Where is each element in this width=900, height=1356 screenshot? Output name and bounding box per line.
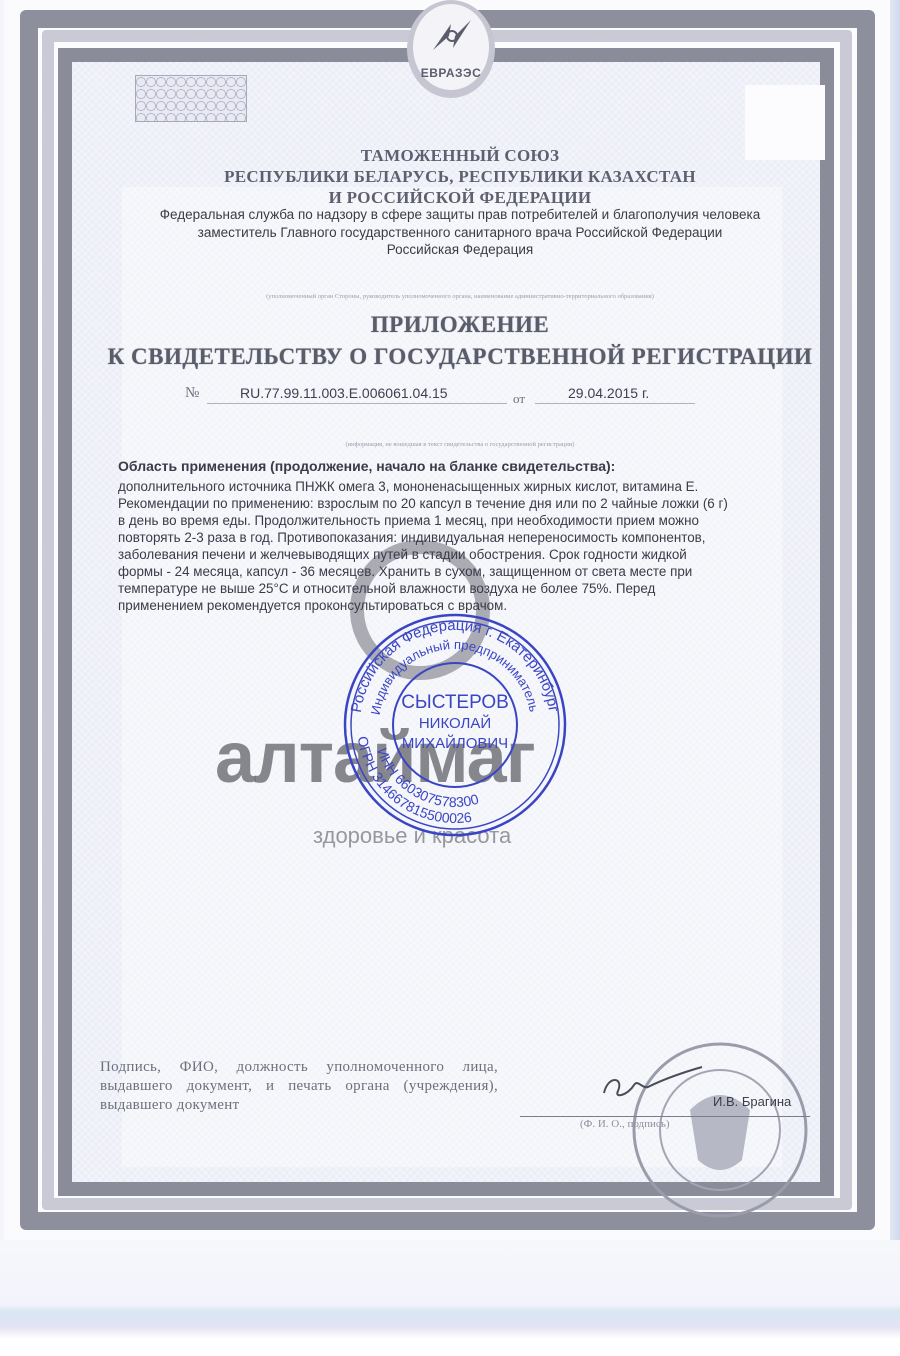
scope-line: температуре не выше 25°С и относительной… — [118, 580, 818, 597]
application-scope: Область применения (продолжение, начало … — [118, 458, 818, 614]
authority-line-3: Российская Федерация — [100, 241, 820, 259]
union-title-line-2: РЕСПУБЛИКИ БЕЛАРУСЬ, РЕСПУБЛИКИ КАЗАХСТА… — [100, 166, 820, 188]
scan-background — [0, 1240, 900, 1356]
authority-line-2: заместитель Главного государственного са… — [100, 224, 820, 242]
eurasec-emblem: ЕВРАЗЭС — [407, 0, 497, 100]
document-subtitle: К СВИДЕТЕЛЬСТВУ О ГОСУДАРСТВЕННОЙ РЕГИСТ… — [90, 342, 830, 372]
scope-line: дополнительного источника ПНЖК омега 3, … — [118, 478, 818, 495]
union-title-line-1: ТАМОЖЕННЫЙ СОЮЗ — [100, 145, 820, 167]
fio-caption: (Ф. И. О., подпись) — [580, 1118, 670, 1130]
security-pattern-box — [135, 75, 247, 122]
document-title: ПРИЛОЖЕНИЕ — [90, 310, 830, 340]
date-underline — [535, 403, 695, 404]
registration-row: № RU.77.99.11.003.E.006061.04.15 от 29.0… — [185, 385, 705, 407]
authority-caption: (уполномоченный орган Стороны, руководит… — [100, 293, 820, 300]
scope-line: Рекомендации по применению: взрослым по … — [118, 495, 818, 512]
date-label: от — [513, 391, 525, 407]
registration-caption: (информация, не вошедшая в текст свидете… — [100, 441, 820, 448]
scan-edge — [890, 0, 900, 1240]
emblem-label: ЕВРАЗЭС — [407, 66, 495, 80]
authority-line-1: Федеральная служба по надзору в сфере за… — [100, 206, 820, 224]
scope-line: повторять 2-3 раза в год. Противопоказан… — [118, 529, 818, 546]
signature-caption: Подпись, ФИО, должность уполномоченного … — [100, 1058, 498, 1115]
number-label: № — [185, 385, 199, 402]
svg-text:МИХАЙЛОВИЧ: МИХАЙЛОВИЧ — [402, 734, 508, 752]
handwritten-signature — [598, 1065, 708, 1110]
company-stamp: Российская Федерация г. Екатеринбург Инд… — [340, 610, 570, 840]
signature-underline — [520, 1116, 810, 1117]
number-underline — [207, 403, 507, 404]
scope-line: в день во время еды. Продолжительность п… — [118, 512, 818, 529]
scope-line: заболевания печени и желчевыводящих путе… — [118, 546, 818, 563]
scope-heading: Область применения (продолжение, начало … — [118, 458, 818, 475]
registration-number: RU.77.99.11.003.E.006061.04.15 — [240, 385, 448, 401]
signer-name: И.В. Брагина — [713, 1094, 791, 1109]
registration-date: 29.04.2015 г. — [568, 385, 649, 401]
round-seal-icon: Российская Федерация г. Екатеринбург Инд… — [340, 610, 570, 840]
signature-icon — [598, 1065, 708, 1105]
svg-text:НИКОЛАЙ: НИКОЛАЙ — [419, 714, 491, 732]
svg-text:СЫСТЕРОВ: СЫСТЕРОВ — [401, 692, 509, 713]
scope-line: формы - 24 месяца, капсул - 36 месяцев. … — [118, 563, 818, 580]
emblem-bird-icon — [429, 14, 475, 60]
